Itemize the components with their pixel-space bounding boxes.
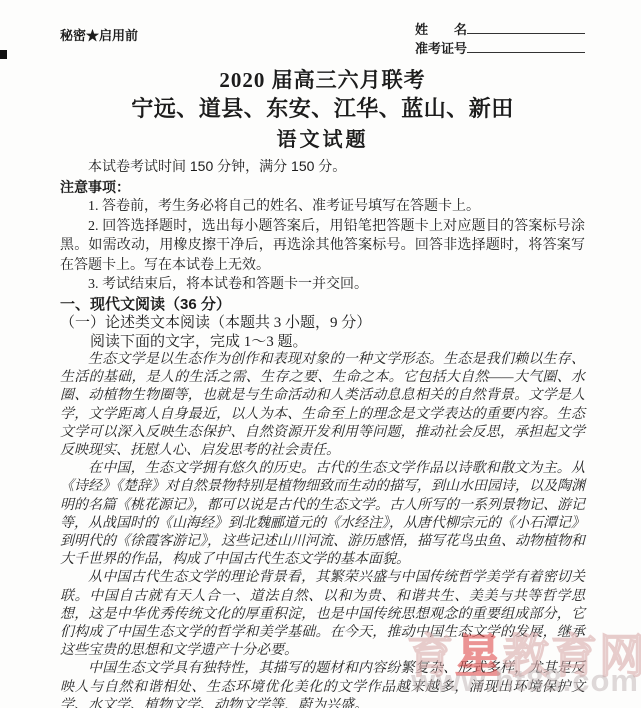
name-field-row: 姓 名 (415, 20, 585, 39)
admission-blank-line (467, 40, 585, 53)
exam-paper-page: 秘密★启用前 姓 名 准考证号 2020 届高三六月联考 宁远、道县、东安、江华… (0, 0, 641, 708)
reading-instruction: 阅读下面的文字，完成 1～3 题。 (60, 333, 585, 352)
admission-label: 准考证号 (415, 41, 467, 56)
passage-paragraph-2: 在中国，生态文学拥有悠久的历史。古代的生态文学作品以诗歌和散文为主。从《诗经》《… (60, 460, 585, 569)
exam-duration-info: 本试卷考试时间 150 分钟，满分 150 分。 (60, 156, 585, 177)
notice-item-2: 2. 回答选择题时，选出每小题答案后，用铅笔把答题卡上对应题目的答案标号涂黑。如… (60, 217, 585, 276)
subsection-heading-argumentative-text: （一）论述类文本阅读（本题共 3 小题，9 分） (60, 314, 585, 333)
admission-field-row: 准考证号 (415, 39, 585, 58)
name-label: 姓 名 (415, 22, 467, 37)
reading-passage: 生态文学是以生态作为创作和表现对象的一种文学形态。生态是我们赖以生存、生活的基础… (60, 351, 585, 708)
exam-subtitle-counties: 宁远、道县、东安、江华、蓝山、新田 (60, 94, 585, 124)
exam-title: 2020 届高三六月联考 (60, 66, 585, 94)
passage-paragraph-4: 中国生态文学具有独特性，其描写的题材和内容纷繁复杂、形式多样，尤其是反映人与自然… (60, 660, 585, 708)
name-blank-line (467, 21, 585, 34)
passage-paragraph-1: 生态文学是以生态作为创作和表现对象的一种文学形态。生态是我们赖以生存、生活的基础… (60, 351, 585, 460)
notice-item-3: 3. 考试结束后，将本试卷和答题卡一并交回。 (60, 275, 585, 295)
subject-title: 语文试题 (60, 126, 585, 154)
notices-heading: 注意事项： (60, 177, 585, 197)
classification-label: 秘密★启用前 (60, 20, 138, 45)
page-content: 秘密★启用前 姓 名 准考证号 2020 届高三六月联考 宁远、道县、东安、江华… (0, 0, 641, 708)
candidate-fill-block: 姓 名 准考证号 (415, 20, 585, 58)
header-meta: 秘密★启用前 姓 名 准考证号 (60, 20, 585, 58)
section-heading-modern-reading: 一、现代文阅读（36 分） (60, 296, 585, 315)
passage-paragraph-3: 从中国古代生态文学的理论背景看，其繁荣兴盛与中国传统哲学美学有着密切关联。中国自… (60, 569, 585, 660)
notice-item-1: 1. 答卷前，考生务必将自己的姓名、准考证号填写在答题卡上。 (60, 197, 585, 217)
